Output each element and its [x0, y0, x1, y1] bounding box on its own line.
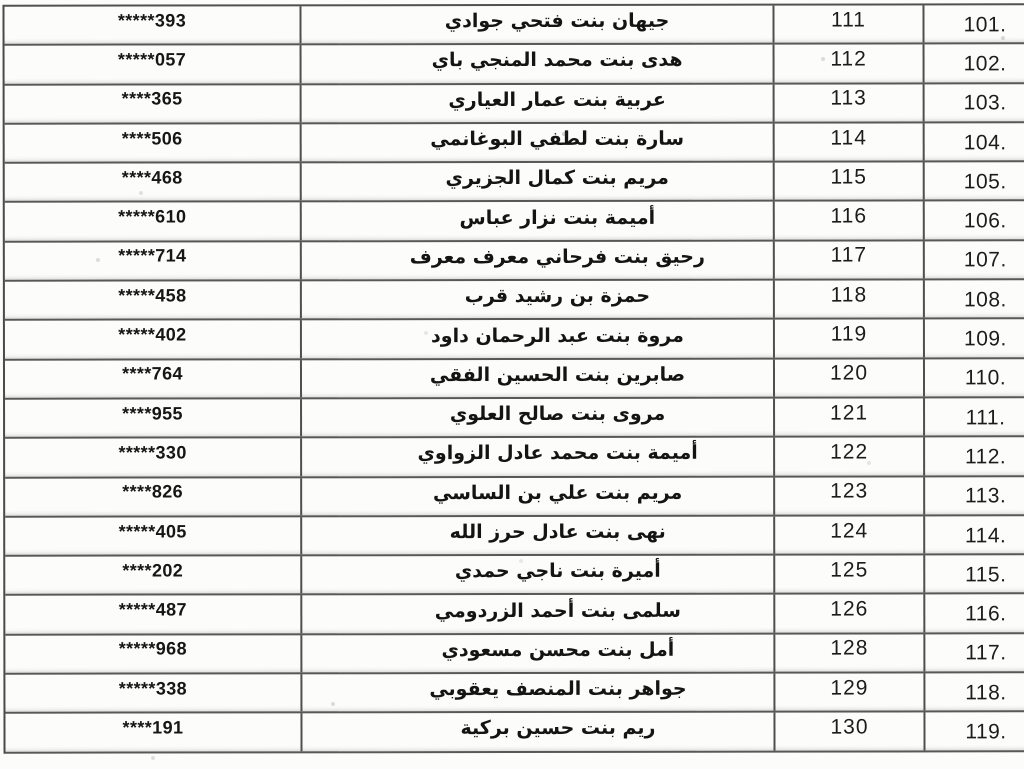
- serial-number-cell: 112: [775, 45, 925, 83]
- serial-number-cell: 126: [775, 595, 925, 633]
- table-row: ****764 صابرين بنت الحسين الفقي 120 110.: [5, 359, 1024, 400]
- name-cell: أميرة بنت ناجي حمدي: [302, 556, 775, 594]
- table-row: ****191 ريم بنت حسين بركية 130 119.: [5, 713, 1024, 754]
- serial-number-cell: 125: [775, 556, 925, 594]
- table-row: *****714 رحيق بنت فرحاني معرف معرف 117 1…: [5, 241, 1024, 282]
- name-cell: أميمة بنت محمد عادل الزواوي: [302, 438, 775, 476]
- serial-number-cell: 122: [775, 438, 925, 476]
- row-index-cell: 107.: [925, 241, 1024, 278]
- row-index-cell: 117.: [925, 634, 1024, 671]
- row-index-cell: 101.: [924, 5, 1024, 42]
- serial-number-cell: 129: [775, 673, 925, 711]
- masked-id-cell: *****487: [5, 596, 302, 634]
- serial-number-cell: 115: [775, 163, 925, 201]
- row-index-cell: 102.: [925, 45, 1024, 82]
- masked-id-cell: ****191: [5, 714, 302, 752]
- name-cell: ريم بنت حسين بركية: [302, 713, 775, 751]
- results-table: *****393 جيهان بنت فتحي جوادي 111 101. *…: [2, 3, 1024, 753]
- row-index-cell: 106.: [925, 202, 1024, 239]
- masked-id-cell: ****506: [5, 124, 302, 162]
- row-index-cell: 114.: [925, 516, 1024, 553]
- row-index-cell: 110.: [925, 359, 1024, 396]
- masked-id-cell: *****714: [5, 242, 302, 280]
- masked-id-cell: *****405: [5, 517, 302, 555]
- name-cell: عربية بنت عمار العياري: [302, 84, 775, 122]
- masked-id-cell: ****365: [5, 85, 302, 123]
- name-cell: مروى بنت صالح العلوي: [302, 399, 775, 437]
- table-row: ****468 مريم بنت كمال الجزيري 115 105.: [5, 162, 1024, 203]
- table-row: *****405 نهى بنت عادل حرز الله 124 114.: [5, 516, 1024, 557]
- table-row: *****968 أمل بنت محسن مسعودي 128 117.: [5, 634, 1024, 675]
- serial-number-cell: 121: [775, 398, 925, 436]
- masked-id-cell: *****338: [5, 674, 302, 712]
- name-cell: مريم بنت كمال الجزيري: [302, 163, 775, 201]
- scanned-document-page: *****393 جيهان بنت فتحي جوادي 111 101. *…: [0, 0, 1024, 769]
- table-row: *****057 هدى بنت محمد المنجي باي 112 102…: [5, 45, 1024, 86]
- name-cell: جيهان بنت فتحي جوادي: [301, 6, 774, 44]
- masked-id-cell: ****202: [5, 556, 302, 594]
- serial-number-cell: 114: [775, 123, 925, 161]
- masked-id-cell: ****955: [5, 399, 302, 437]
- name-cell: أمل بنت محسن مسعودي: [302, 634, 775, 672]
- table-row: ****365 عربية بنت عمار العياري 113 103.: [5, 84, 1024, 125]
- name-cell: هدى بنت محمد المنجي باي: [302, 45, 775, 83]
- table-row: ****826 مريم بنت علي بن الساسي 123 113.: [5, 477, 1024, 518]
- masked-id-cell: *****330: [5, 439, 302, 477]
- serial-number-cell: 117: [775, 241, 925, 279]
- row-index-cell: 111.: [925, 398, 1024, 435]
- masked-id-cell: *****393: [4, 6, 301, 44]
- table-row: *****610 أميمة بنت نزار عباس 116 106.: [5, 202, 1024, 243]
- row-index-cell: 113.: [925, 477, 1024, 514]
- table-row: *****487 سلمى بنت أحمد الزردومي 126 116.: [5, 595, 1024, 636]
- serial-number-cell: 124: [775, 516, 925, 554]
- row-index-cell: 108.: [925, 280, 1024, 317]
- table-row: *****338 جواهر بنت المنصف يعقوبي 129 118…: [5, 673, 1024, 714]
- table-row: *****330 أميمة بنت محمد عادل الزواوي 122…: [5, 438, 1024, 479]
- masked-id-cell: *****610: [5, 203, 302, 241]
- masked-id-cell: ****826: [5, 478, 302, 516]
- serial-number-cell: 120: [775, 359, 925, 397]
- serial-number-cell: 130: [775, 713, 925, 751]
- table-row: *****393 جيهان بنت فتحي جوادي 111 101.: [4, 5, 1024, 46]
- scan-noise-speckles: [0, 0, 2, 2]
- masked-id-cell: *****057: [5, 46, 302, 84]
- name-cell: مروة بنت عبد الرحمان داود: [302, 320, 775, 358]
- row-index-cell: 116.: [925, 595, 1024, 632]
- table-row: ****506 سارة بنت لطفي البوغانمي 114 104.: [5, 123, 1024, 164]
- name-cell: سلمى بنت أحمد الزردومي: [302, 595, 775, 633]
- masked-id-cell: *****402: [5, 321, 302, 359]
- row-index-cell: 109.: [925, 320, 1024, 357]
- row-index-cell: 104.: [925, 123, 1024, 160]
- row-index-cell: 103.: [925, 84, 1024, 121]
- serial-number-cell: 119: [775, 320, 925, 358]
- name-cell: صابرين بنت الحسين الفقي: [302, 359, 775, 397]
- serial-number-cell: 123: [775, 477, 925, 515]
- table-row: ****202 أميرة بنت ناجي حمدي 125 115.: [5, 555, 1024, 596]
- row-index-cell: 115.: [925, 555, 1024, 592]
- masked-id-cell: *****458: [5, 281, 302, 319]
- name-cell: جواهر بنت المنصف يعقوبي: [302, 674, 775, 712]
- serial-number-cell: 116: [775, 202, 925, 240]
- masked-id-cell: ****468: [5, 163, 302, 201]
- table-row: *****458 حمزة بن رشيد قرب 118 108.: [5, 280, 1024, 321]
- name-cell: حمزة بن رشيد قرب: [302, 281, 775, 319]
- serial-number-cell: 113: [775, 84, 925, 122]
- name-cell: سارة بنت لطفي البوغانمي: [302, 124, 775, 162]
- name-cell: نهى بنت عادل حرز الله: [302, 516, 775, 554]
- row-index-cell: 118.: [925, 673, 1024, 710]
- name-cell: رحيق بنت فرحاني معرف معرف: [302, 241, 775, 279]
- row-index-cell: 105.: [925, 162, 1024, 199]
- table-row: ****955 مروى بنت صالح العلوي 121 111.: [5, 398, 1024, 439]
- name-cell: أميمة بنت نزار عباس: [302, 202, 775, 240]
- name-cell: مريم بنت علي بن الساسي: [302, 477, 775, 515]
- serial-number-cell: 128: [775, 634, 925, 672]
- masked-id-cell: ****764: [5, 360, 302, 398]
- row-index-cell: 112.: [925, 438, 1024, 475]
- masked-id-cell: *****968: [5, 635, 302, 673]
- serial-number-cell: 111: [774, 5, 924, 43]
- table-row: *****402 مروة بنت عبد الرحمان داود 119 1…: [5, 320, 1024, 361]
- serial-number-cell: 118: [775, 281, 925, 319]
- row-index-cell: 119.: [925, 713, 1024, 750]
